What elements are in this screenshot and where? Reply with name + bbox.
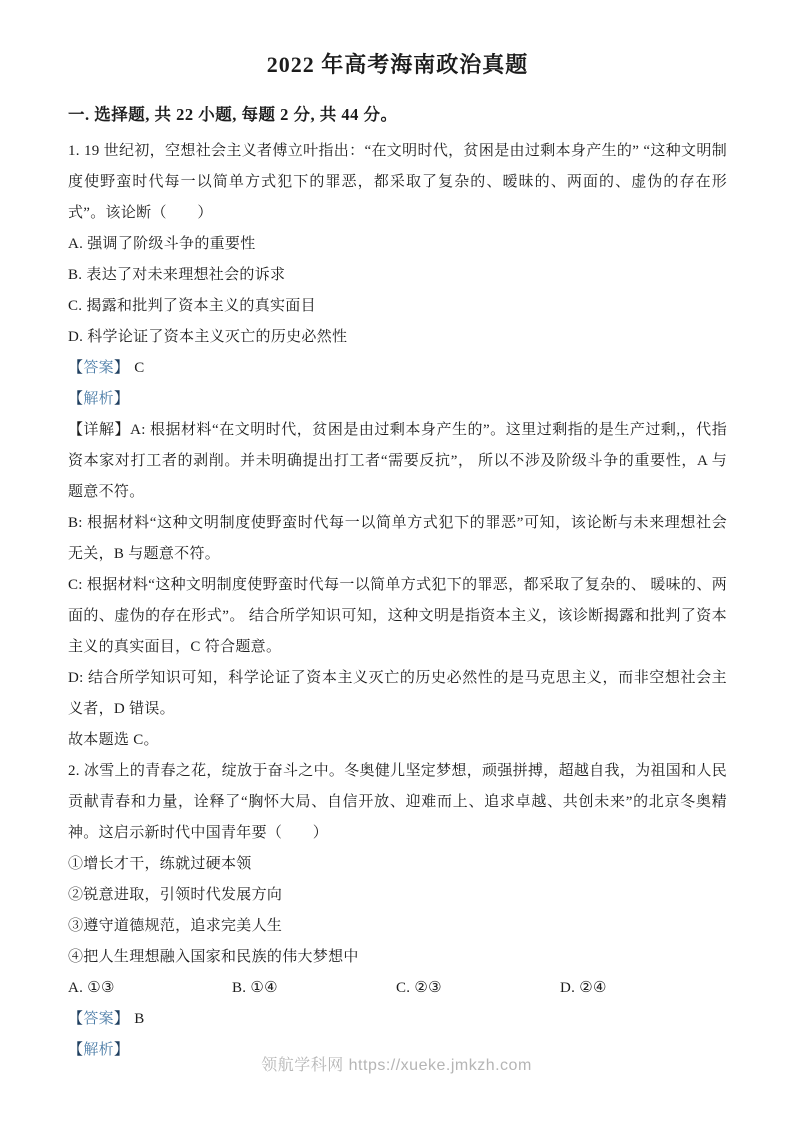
question-2-item-1: ①增长才干，练就过硬本领 [68,849,727,880]
question-1-stem: 1. 19 世纪初，空想社会主义者傅立叶指出：“在文明时代，贫困是由过剩本身产生… [68,136,727,229]
question-1-option-b: B. 表达了对未来理想社会的诉求 [68,260,727,291]
question-1-option-a: A. 强调了阶级斗争的重要性 [68,229,727,260]
question-2-option-c: C. ②③ [396,973,560,1004]
question-2-stem: 2. 冰雪上的青春之花，绽放于奋斗之中。冬奥健儿坚定梦想，顽强拼搏，超越自我，为… [68,756,727,849]
question-1-analysis-line: 【解析】 [68,384,727,415]
question-1-conclusion: 故本题选 C。 [68,725,727,756]
document-content: 2022 年高考海南政治真题 一. 选择题, 共 22 小题, 每题 2 分, … [68,50,727,1066]
answer-bracket-close: 】 [114,1011,129,1027]
analysis-bracket-open: 【 [68,391,83,407]
answer-label: 答案 [83,360,114,376]
answer-value: C [134,360,144,376]
page-title: 2022 年高考海南政治真题 [68,50,727,80]
answer-bracket-close: 】 [114,360,129,376]
question-2-answer-line: 【答案】B [68,1004,727,1035]
question-2-option-d: D. ②④ [560,973,724,1004]
question-1-detail-d: D: 结合所学知识可知，科学论证了资本主义灭亡的历史必然性的是马克思主义，而非空… [68,663,727,725]
answer-bracket-open: 【 [68,360,83,376]
question-1-answer-line: 【答案】C [68,353,727,384]
question-1-detail-c: C: 根据材料“这种文明制度使野蛮时代每一以简单方式犯下的罪恶，都采取了复杂的、… [68,570,727,663]
question-1-option-c: C. 揭露和批判了资本主义的真实面目 [68,291,727,322]
question-2-item-2: ②锐意进取，引领时代发展方向 [68,880,727,911]
question-2-item-4: ④把人生理想融入国家和民族的伟大梦想中 [68,942,727,973]
answer-label: 答案 [83,1011,114,1027]
question-1-detail-b: B: 根据材料“这种文明制度使野蛮时代每一以简单方式犯下的罪恶”可知，该论断与未… [68,508,727,570]
section-heading: 一. 选择题, 共 22 小题, 每题 2 分, 共 44 分。 [68,102,727,128]
question-2-item-3: ③遵守道德规范，追求完美人生 [68,911,727,942]
answer-value: B [134,1011,144,1027]
analysis-label: 解析 [83,391,114,407]
question-2-option-a: A. ①③ [68,973,232,1004]
question-2-option-b: B. ①④ [232,973,396,1004]
document-page: 2022 年高考海南政治真题 一. 选择题, 共 22 小题, 每题 2 分, … [0,0,793,1122]
analysis-bracket-close: 】 [114,391,129,407]
answer-bracket-open: 【 [68,1011,83,1027]
question-1-detail-a: 【详解】A: 根据材料“在文明时代，贫困是由过剩本身产生的”。这里过剩指的是生产… [68,415,727,508]
site-watermark: 领航学科网 https://xueke.jmkzh.com [0,1052,793,1075]
question-1-option-d: D. 科学论证了资本主义灭亡的历史必然性 [68,322,727,353]
question-2-option-row: A. ①③ B. ①④ C. ②③ D. ②④ [68,973,727,1004]
